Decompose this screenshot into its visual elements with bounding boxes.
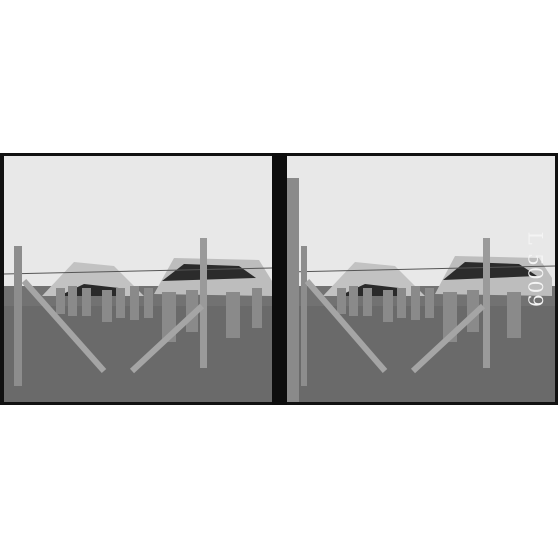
stereo-right-frame xyxy=(287,156,555,402)
stereo-left-frame xyxy=(4,156,272,402)
scene-left xyxy=(4,156,272,402)
scene-right xyxy=(287,156,555,402)
plate-divider xyxy=(272,153,287,405)
stereo-plate: L 5009 xyxy=(0,153,558,405)
plate-annotation: L 5009 xyxy=(524,231,548,308)
